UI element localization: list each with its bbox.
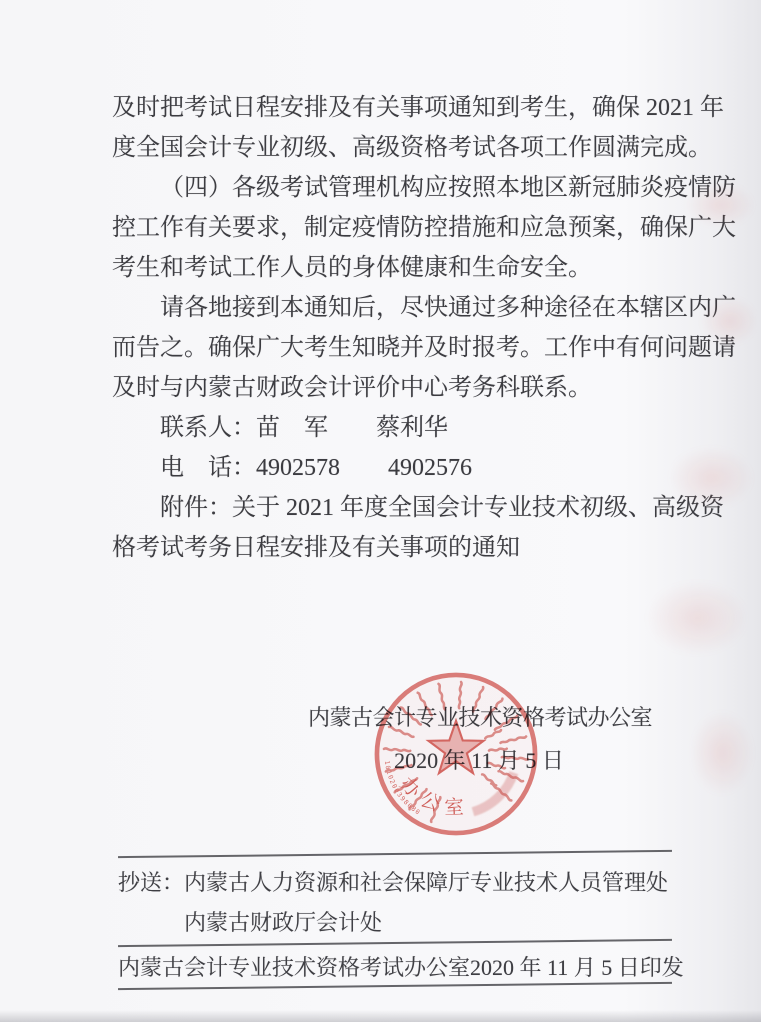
contact-phone-line: 电 话：4902578 4902576 xyxy=(112,448,660,488)
footer-issue-date: 2020 年 11 月 5 日印发 xyxy=(470,954,684,982)
attachment-line: 格考试考务日程安排及有关事项的通知 xyxy=(112,528,660,568)
scanned-document-page: 及时把考试日程安排及有关事项通知到考生，确保 2021 年 度全国会计专业初级、… xyxy=(0,0,761,1022)
footer-cc-line-1: 抄送：内蒙古人力资源和社会保障厅专业技术人员管理处 xyxy=(118,869,672,897)
footer-divider-top xyxy=(118,850,672,858)
official-seal-stamp: 办公室 1010200398680 xyxy=(371,669,541,839)
body-line: 而告之。确保广大考生知晓并及时报考。工作中有何问题请 xyxy=(112,328,660,368)
ink-bleed-smudge xyxy=(645,580,749,656)
body-line: 及时与内蒙古财政会计评价中心考务科联系。 xyxy=(112,368,660,408)
page-edge-shadow xyxy=(0,1010,761,1022)
body-line: 请各地接到本通知后，尽快通过多种途径在本辖区内广 xyxy=(112,288,660,328)
footer-divider-middle xyxy=(118,939,672,947)
footer-issue-row: 内蒙古会计专业技术资格考试办公室 2020 年 11 月 5 日印发 xyxy=(118,954,672,982)
body-line: 考生和考试工作人员的身体健康和生命安全。 xyxy=(112,248,660,288)
footer-cc-line-2: 内蒙古财政厅会计处 xyxy=(184,909,664,937)
body-line: （四）各级考试管理机构应按照本地区新冠肺炎疫情防 xyxy=(112,168,660,208)
contact-person-line: 联系人：苗 军 蔡利华 xyxy=(112,408,660,448)
document-body: 及时把考试日程安排及有关事项通知到考生，确保 2021 年 度全国会计专业初级、… xyxy=(112,88,660,568)
footer-divider-bottom xyxy=(118,982,672,990)
body-line: 及时把考试日程安排及有关事项通知到考生，确保 2021 年 xyxy=(112,88,660,128)
body-line: 度全国会计专业初级、高级资格考试各项工作圆满完成。 xyxy=(112,128,660,168)
footer-issuer: 内蒙古会计专业技术资格考试办公室 xyxy=(118,954,470,982)
body-line: 控工作有关要求，制定疫情防控措施和应急预案，确保广大 xyxy=(112,208,660,248)
ink-bleed-smudge xyxy=(690,710,754,796)
attachment-line: 附件：关于 2021 年度全国会计专业技术初级、高级资 xyxy=(112,488,660,528)
